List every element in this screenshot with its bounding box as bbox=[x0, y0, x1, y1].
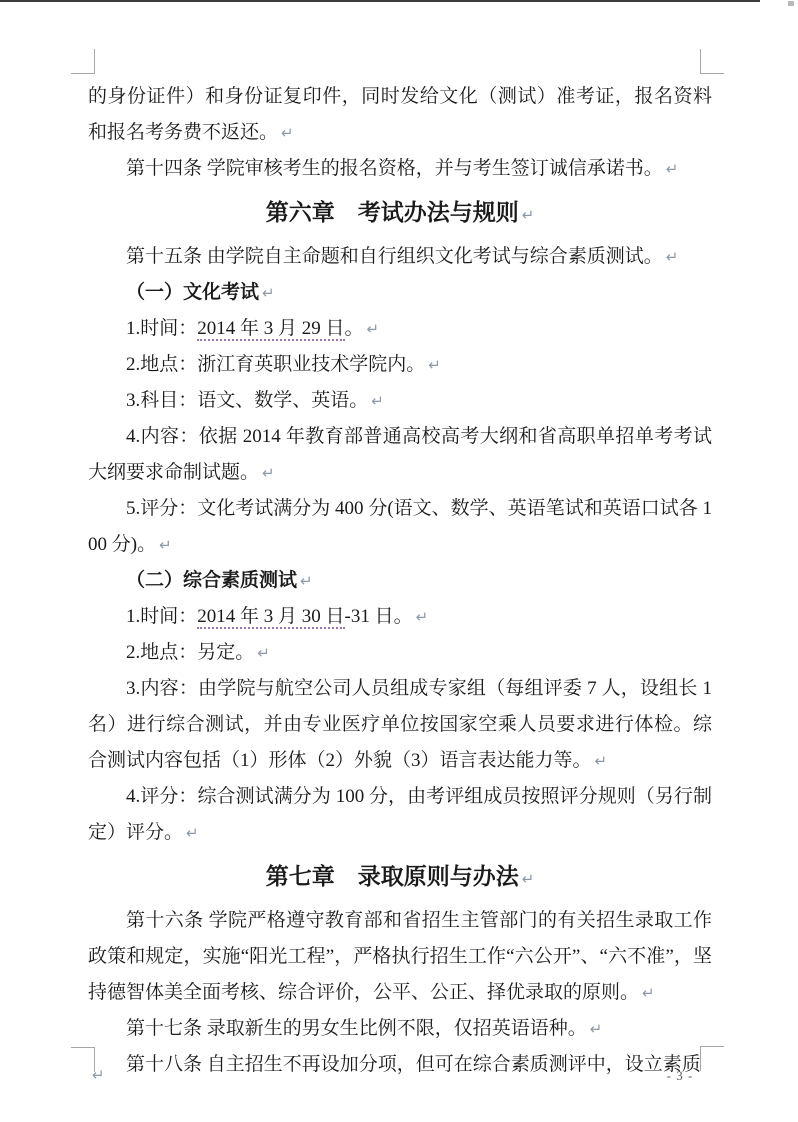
para-culture-subjects: 3.科目：语文、数学、英语。↵ bbox=[88, 383, 712, 419]
footer-return-mark: ↵ bbox=[92, 1066, 105, 1084]
paragraph-return-mark: ↵ bbox=[666, 160, 679, 178]
text-run: 第十八条 自主招生不再设加分项，但可在综合素质测评中，设立素质 bbox=[126, 1054, 701, 1075]
text-run: -31 日。 bbox=[345, 606, 413, 627]
para-article-18: 第十八条 自主招生不再设加分项，但可在综合素质测评中，设立素质 bbox=[88, 1047, 712, 1083]
para-culture-content: 4.内容：依据 2014 年教育部普通高校高考大纲和省高职单招单考考试大纲要求命… bbox=[88, 419, 712, 491]
paragraph-return-mark: ↵ bbox=[522, 870, 535, 888]
para-culture-scoring: 5.评分：文化考试满分为 400 分(语文、数学、英语笔试和英语口试各 100 … bbox=[88, 491, 712, 563]
subheading-culture-exam: （一）文化考试↵ bbox=[88, 275, 712, 311]
text-run: （二）综合素质测试 bbox=[126, 570, 297, 591]
text-run: 4.评分：综合测试满分为 100 分，由考评组成员按照评分规则（另行制定）评分。 bbox=[88, 786, 712, 843]
text-run: 3.内容：由学院与航空公司人员组成专家组（每组评委 7 人，设组长 1 名）进行… bbox=[88, 678, 712, 771]
text-run: （一）文化考试 bbox=[126, 282, 259, 303]
text-run: 第七章 录取原则与办法 bbox=[266, 864, 519, 889]
text-run: 2.地点：另定。 bbox=[126, 642, 254, 663]
text-run: 第六章 考试办法与规则 bbox=[266, 200, 519, 225]
text-run: 4.内容：依据 2014 年教育部普通高校高考大纲和省高职单招单考考试大纲要求命… bbox=[88, 426, 712, 483]
paragraph-return-mark: ↵ bbox=[522, 206, 535, 224]
paragraph-return-mark: ↵ bbox=[595, 752, 608, 770]
paragraph-return-mark: ↵ bbox=[642, 984, 655, 1002]
paragraph-return-mark: ↵ bbox=[262, 284, 275, 302]
subheading-quality-test: （二）综合素质测试↵ bbox=[88, 563, 712, 599]
paragraph-return-mark: ↵ bbox=[159, 536, 172, 554]
text-run: 第十七条 录取新生的男女生比例不限，仅招英语语种。 bbox=[126, 1018, 587, 1039]
paragraph-return-mark: ↵ bbox=[281, 124, 294, 142]
paragraph-return-mark: ↵ bbox=[666, 248, 679, 266]
paragraph-return-mark: ↵ bbox=[262, 464, 275, 482]
top-right-speck bbox=[788, 1, 794, 6]
text-boundary-mark-top-right bbox=[700, 49, 724, 74]
para-quality-time: 1.时间：2014 年 3 月 30 日-31 日。↵ bbox=[88, 599, 712, 635]
chapter-heading-6: 第六章 考试办法与规则↵ bbox=[88, 195, 712, 233]
paragraph-return-mark: ↵ bbox=[367, 320, 380, 338]
text-run: 2.地点：浙江育英职业技术学院内。 bbox=[126, 354, 425, 375]
para-article-14: 第十四条 学院审核考生的报名资格，并与考生签订诚信承诺书。↵ bbox=[88, 151, 712, 187]
smart-tag-date: 2014 年 3 月 29 日 bbox=[197, 318, 344, 341]
smart-tag-date: 2014 年 3 月 30 日 bbox=[197, 606, 344, 629]
text-run: 3.科目：语文、数学、英语。 bbox=[126, 390, 368, 411]
paragraph-return-mark: ↵ bbox=[428, 356, 441, 374]
page-number: - 3 - bbox=[655, 1068, 705, 1084]
text-run: 第十四条 学院审核考生的报名资格，并与考生签订诚信承诺书。 bbox=[126, 158, 663, 179]
para-quality-place: 2.地点：另定。↵ bbox=[88, 635, 712, 671]
text-run: 第十六条 学院严格遵守教育部和省招生主管部门的有关招生录取工作政策和规定，实施“… bbox=[88, 910, 712, 1003]
paragraph-return-mark: ↵ bbox=[300, 572, 313, 590]
para-article-16: 第十六条 学院严格遵守教育部和省招生主管部门的有关招生录取工作政策和规定，实施“… bbox=[88, 903, 712, 1011]
text-run: 第十五条 由学院自主命题和自行组织文化考试与综合素质测试。 bbox=[126, 246, 663, 267]
text-run: 5.评分：文化考试满分为 400 分(语文、数学、英语笔试和英语口试各 100 … bbox=[88, 498, 712, 555]
para-quality-scoring: 4.评分：综合测试满分为 100 分，由考评组成员按照评分规则（另行制定）评分。… bbox=[88, 779, 712, 851]
text-boundary-mark-top-left bbox=[71, 49, 95, 74]
para-culture-place: 2.地点：浙江育英职业技术学院内。↵ bbox=[88, 347, 712, 383]
paragraph-return-mark: ↵ bbox=[257, 644, 270, 662]
para-culture-time: 1.时间：2014 年 3 月 29 日。↵ bbox=[88, 311, 712, 347]
paragraph-return-mark: ↵ bbox=[186, 824, 199, 842]
paragraph-return-mark: ↵ bbox=[416, 608, 429, 626]
para-article-15: 第十五条 由学院自主命题和自行组织文化考试与综合素质测试。↵ bbox=[88, 239, 712, 275]
paragraph-return-mark: ↵ bbox=[371, 392, 384, 410]
para-continuation: 的身份证件）和身份证复印件，同时发给文化（测试）准考证，报名资料和报名考务费不返… bbox=[88, 79, 712, 151]
para-quality-content: 3.内容：由学院与航空公司人员组成专家组（每组评委 7 人，设组长 1 名）进行… bbox=[88, 671, 712, 779]
para-article-17: 第十七条 录取新生的男女生比例不限，仅招英语语种。↵ bbox=[88, 1011, 712, 1047]
text-run: 1.时间： bbox=[126, 606, 197, 627]
document-body[interactable]: 的身份证件）和身份证复印件，同时发给文化（测试）准考证，报名资料和报名考务费不返… bbox=[88, 79, 712, 1083]
text-run: 。 bbox=[345, 318, 364, 339]
text-run: 的身份证件）和身份证复印件，同时发给文化（测试）准考证，报名资料和报名考务费不返… bbox=[88, 86, 712, 143]
chapter-heading-7: 第七章 录取原则与办法↵ bbox=[88, 859, 712, 897]
top-edge-line bbox=[0, 0, 760, 2]
paragraph-return-mark: ↵ bbox=[590, 1020, 603, 1038]
document-page: 的身份证件）和身份证复印件，同时发给文化（测试）准考证，报名资料和报名考务费不返… bbox=[0, 0, 798, 1122]
text-run: 1.时间： bbox=[126, 318, 197, 339]
